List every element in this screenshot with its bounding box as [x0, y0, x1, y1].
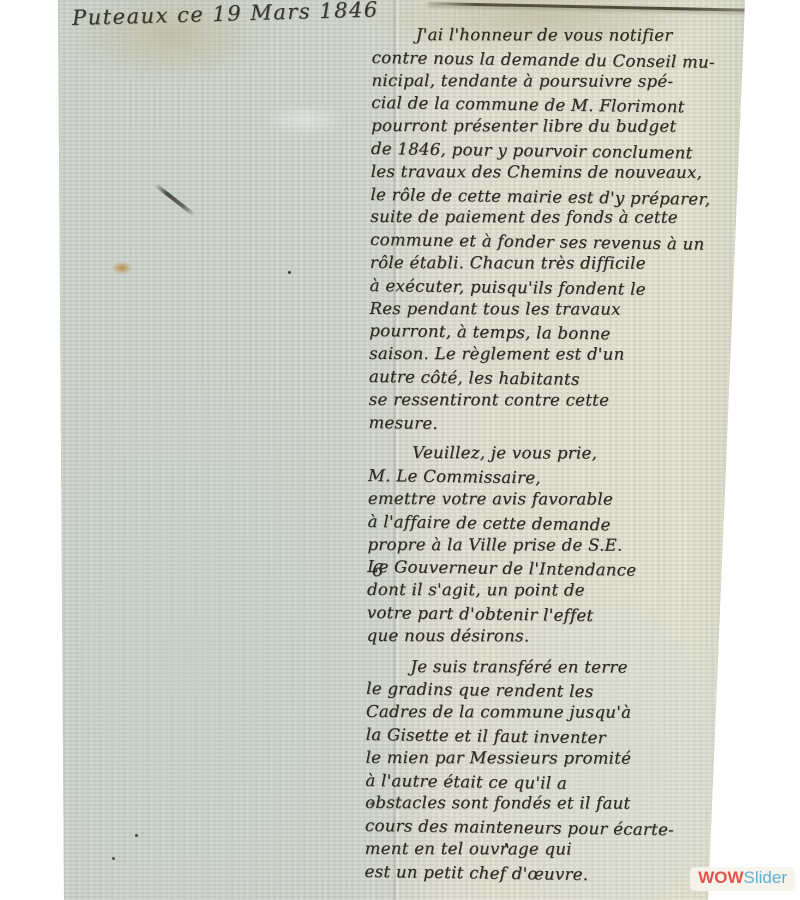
- manuscript-line: suite de paiement des fonds à cette: [370, 206, 736, 230]
- manuscript-line: Je suis transféré en terre: [366, 655, 732, 679]
- manuscript-paragraph: J'ai l'honneur de vous notifiercontre no…: [368, 24, 738, 438]
- manuscript-line: dont il s'agit, un point de: [367, 579, 733, 603]
- header-date: Puteaux ce 19 Mars 1846: [72, 0, 379, 30]
- wowslider-wow-text: WOW: [698, 868, 743, 887]
- manuscript-line: Cadres de la commune jusqu'à: [366, 701, 732, 725]
- manuscript-paper: Puteaux ce 19 Mars 1846 6 J'ai l'honneur…: [0, 0, 800, 900]
- wowslider-watermark[interactable]: WOWSlider: [690, 867, 795, 891]
- manuscript-line: Res pendant tous les travaux: [369, 298, 735, 322]
- manuscript-paragraph: Veuillez, je vous prie,M. Le Commissaire…: [367, 442, 735, 650]
- manuscript-line: J'ai l'honneur de vous notifier: [372, 24, 738, 48]
- manuscript-line: le mien par Messieurs promité: [366, 747, 732, 771]
- manuscript-text: J'ai l'honneur de vous notifiercontre no…: [364, 24, 737, 887]
- manuscript-line: les travaux des Chemins de nouveaux,: [371, 161, 737, 185]
- ink-specks: [288, 271, 291, 274]
- manuscript-line: que nous désirons.: [367, 625, 733, 649]
- manuscript-line: emettre votre avis favorable: [368, 488, 734, 512]
- manuscript-line: nicipal, tendante à poursuivre spé-: [371, 70, 737, 94]
- manuscript-line: pourront présenter libre du budget: [371, 115, 737, 139]
- manuscript-line: rôle établi. Chacun très difficile: [370, 252, 736, 276]
- document-scan: Puteaux ce 19 Mars 1846 6 J'ai l'honneur…: [0, 0, 800, 900]
- manuscript-line: ment en tel ouvrage qui: [365, 838, 731, 862]
- manuscript-line: se ressentiront contre cette: [369, 389, 735, 413]
- manuscript-line: obstacles sont fondés et il faut: [365, 792, 731, 816]
- sheet-top-edge: [428, 2, 748, 12]
- manuscript-line: est un petit chef d'œuvre.: [364, 861, 730, 889]
- manuscript-line: propre à la Ville prise de S.E.: [367, 534, 733, 558]
- wowslider-slider-text: Slider: [744, 868, 787, 887]
- manuscript-line: saison. Le règlement est d'un: [369, 343, 735, 367]
- manuscript-paragraph: Je suis transféré en terrele gradins que…: [364, 655, 732, 886]
- scratch-mark: [154, 183, 196, 217]
- manuscript-line: Veuillez, je vous prie,: [368, 442, 734, 466]
- manuscript-line: mesure.: [368, 412, 734, 440]
